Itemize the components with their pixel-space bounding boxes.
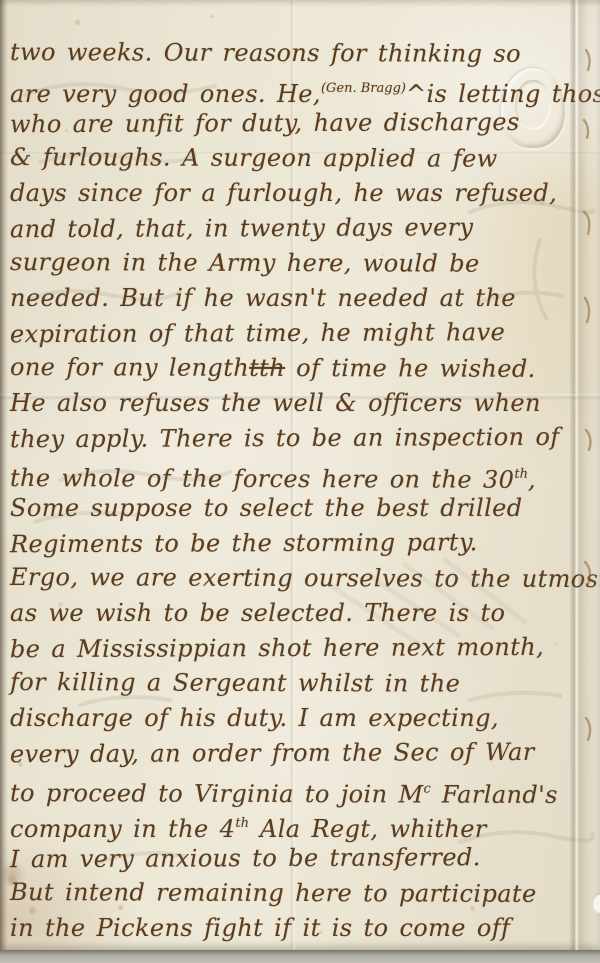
handwriting-text: discharge of his duty. I am expecting, (10, 704, 499, 732)
handwriting-line: they apply. There is to be an inspection… (10, 420, 572, 457)
interline-insertion: th (235, 816, 249, 831)
handwriting-text: Ala Regt, whither (249, 815, 487, 843)
handwriting-line: for killing a Sergeant whilst in the (10, 665, 572, 702)
handwriting-line: Ergo, we are exerting ourselves to the u… (10, 560, 572, 597)
handwriting-line: company in the 4th Ala Regt, whither (10, 806, 572, 841)
handwriting-text: days since for a furlough, he was refuse… (10, 179, 557, 207)
letter-paper: two weeks. Our reasons for thinking soar… (0, 0, 600, 950)
handwriting-line: to proceed to Virginia to join Mc Farlan… (10, 770, 572, 807)
handwriting-line: expiration of that time, he might have (10, 315, 572, 352)
handwriting-line: Regiments to be the storming party. (10, 525, 572, 562)
handwriting-text: company in the 4 (10, 815, 235, 843)
handwriting-line: days since for a furlough, he was refuse… (10, 176, 572, 211)
handwriting-text: Ergo, we are exerting ourselves to the u… (10, 563, 600, 593)
handwriting-text: He also refuses the well & officers when (10, 389, 541, 417)
adjacent-page-sliver (579, 0, 600, 950)
handwriting-text: Farland's (431, 780, 558, 808)
handwriting-text: the whole of the forces here on the 30 (10, 464, 514, 494)
handwriting-text: But intend remaining here to participate (10, 878, 537, 908)
handwriting-text: for killing a Sergeant whilst in the (10, 668, 460, 698)
handwriting-text: who are unfit for duty, have discharges (10, 108, 520, 138)
handwriting-text: I am very anxious to be transferred. (10, 843, 481, 873)
handwriting-text: expiration of that time, he might have (10, 318, 505, 348)
handwriting-line: as we wish to be selected. There is to (10, 596, 572, 631)
handwriting-text: in the Pickens fight if it is to come of… (10, 914, 510, 942)
scanned-letter-page: two weeks. Our reasons for thinking soar… (0, 0, 600, 963)
handwriting-line: I am very anxious to be transferred. (10, 840, 572, 877)
handwriting-line: & furloughs. A surgeon applied a few (10, 140, 572, 177)
handwriting-text: needed. But if he wasn't needed at the (10, 284, 516, 312)
handwriting-line: every day, an order from the Sec of War (10, 735, 572, 772)
interline-insertion: (Gen. Bragg) (321, 81, 406, 96)
handwriting-line: one for any lengthtth of time he wished. (10, 350, 572, 387)
handwriting-line: two weeks. Our reasons for thinking so (10, 35, 572, 72)
interline-insertion: c (423, 781, 430, 796)
handwriting-line: But intend remaining here to participate (10, 875, 572, 912)
handwriting-line: surgeon in the Army here, would be (10, 245, 572, 282)
letter-body: two weeks. Our reasons for thinking soar… (10, 36, 572, 946)
handwriting-line: who are unfit for duty, have discharges (10, 105, 572, 142)
handwriting-text: & furloughs. A surgeon applied a few (10, 143, 498, 173)
handwriting-line: Some suppose to select the best drilled (10, 491, 572, 526)
handwriting-line: in the Pickens fight if it is to come of… (10, 911, 572, 946)
handwriting-text: are very good ones. He, (10, 80, 321, 108)
handwriting-line: be a Mississippian shot here next month, (10, 630, 572, 667)
handwriting-text: and told, that, in twenty days every (10, 213, 474, 243)
adjacent-page-ink-marks (579, 0, 600, 950)
handwriting-line: He also refuses the well & officers when (10, 386, 572, 421)
handwriting-text: one for any length (10, 353, 249, 382)
handwriting-text: of time he wished. (285, 354, 536, 383)
handwriting-text: as we wish to be selected. There is to (10, 599, 505, 627)
handwriting-text: to proceed to Virginia to join M (10, 779, 424, 808)
left-paper-edge (0, 0, 8, 950)
handwriting-text: , (528, 466, 536, 494)
handwriting-line: discharge of his duty. I am expecting, (10, 701, 572, 736)
top-paper-edge-shadow (0, 0, 600, 7)
interline-insertion: th (514, 467, 528, 482)
handwriting-line: and told, that, in twenty days every (10, 210, 572, 247)
handwriting-line: needed. But if he wasn't needed at the (10, 281, 572, 316)
handwriting-line: are very good ones. He,(Gen. Bragg)^is l… (10, 71, 572, 106)
handwriting-text: every day, an order from the Sec of War (10, 738, 535, 768)
scanner-background (0, 950, 600, 963)
handwriting-text: surgeon in the Army here, would be (10, 248, 480, 278)
handwriting-text: Regiments to be the storming party. (10, 528, 478, 558)
handwriting-text: two weeks. Our reasons for thinking so (10, 38, 521, 68)
handwriting-text: be a Mississippian shot here next month, (10, 633, 544, 663)
handwriting-text: they apply. There is to be an inspection… (10, 423, 560, 453)
handwriting-line: the whole of the forces here on the 30th… (10, 455, 572, 492)
struck-out-text: tth (249, 354, 285, 382)
handwriting-text: Some suppose to select the best drilled (10, 494, 523, 522)
